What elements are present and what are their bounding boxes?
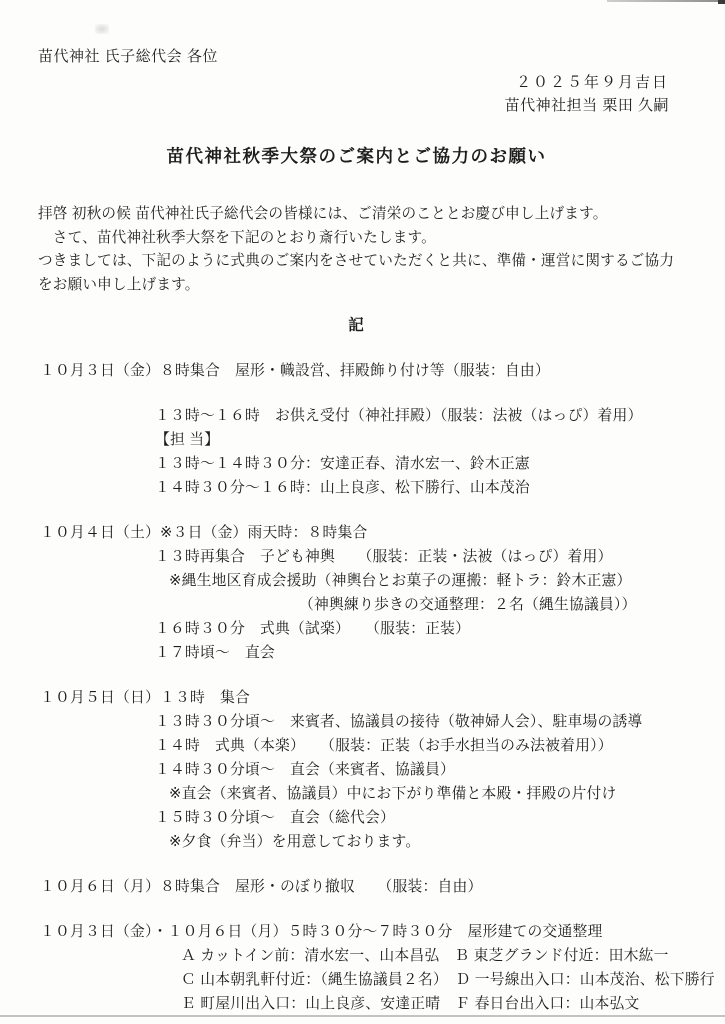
schedule-line: １０月３日（金）８時集合 屋形・幟設営、拝殿飾り付け等（服装：自由） — [38, 359, 675, 383]
document-title: 苗代神社秋季大祭のご案内とご協力のお願い — [38, 143, 675, 169]
scanned-document-page: 苗代神社 氏子総代会 各位 ２０２５年９月吉日 苗代神社担当 栗田 久嗣 苗代神… — [0, 0, 725, 1024]
schedule-line: １３時３０分頃～ 来賓者、協議員の接待（敬神婦人会）、駐車場の誘導 — [38, 710, 675, 734]
schedule-line: Ｅ 町屋川出入口：山上良彦、安達正晴 Ｆ 春日台出入口：山本弘文 — [38, 992, 675, 1016]
schedule-line: １４時３０分頃～ 直会（来賓者、協議員） — [38, 758, 675, 782]
scan-artifact-top-edge — [607, 0, 725, 2]
schedule-line: １３時再集合 子ども神輿 （服装：正装・法被（はっぴ）着用） — [38, 545, 675, 569]
date-line: ２０２５年９月吉日 — [38, 71, 669, 94]
record-marker: 記 — [38, 314, 675, 338]
greeting-line: さて、苗代神社秋季大祭を下記のとおり斎行いたします。 — [38, 227, 675, 251]
greeting-line: つきましては、下記のように式典のご案内をさせていただくと共に、準備・運営に関する… — [38, 250, 675, 274]
schedule-line: Ｃ 山本朝乳軒付近：（縄生協議員２名） Ｄ 一号線出入口：山本茂治、松下勝行 — [38, 968, 675, 992]
schedule-line: ※縄生地区育成会援助（神輿台とお菓子の運搬：軽トラ：鈴木正憲） — [38, 569, 675, 593]
schedule-line: １０月５日（日）１３時 集合 — [38, 686, 675, 710]
date-sender-block: ２０２５年９月吉日 苗代神社担当 栗田 久嗣 — [38, 71, 675, 117]
sender-line: 苗代神社担当 栗田 久嗣 — [38, 94, 669, 117]
schedule-line: １７時頃～ 直会 — [38, 641, 675, 665]
schedule-line: １６時３０分 式典（試楽） （服装：正装） — [38, 617, 675, 641]
greeting-paragraph: 拝啓 初秋の候 苗代神社氏子総代会の皆様には、ご清栄のこととお慶び申し上げます。… — [38, 203, 675, 297]
schedule-line: 【担 当】 — [38, 428, 675, 452]
schedule-line: １４時３０分～１６時：山上良彦、松下勝行、山本茂治 — [38, 476, 675, 500]
schedule-section: １０月３日（金）８時集合 屋形・幟設営、拝殿飾り付け等（服装：自由） １３時～１… — [38, 359, 675, 1016]
schedule-line: １０月４日（土）※３日（金）雨天時：８時集合 — [38, 521, 675, 545]
schedule-line: １３時～１４時３０分：安達正春、清水宏一、鈴木正憲 — [38, 452, 675, 476]
schedule-line: Ａ カットイン前：清水宏一、山本昌弘 Ｂ 東芝グランド付近：田木紘一 — [38, 944, 675, 968]
schedule-line: ※直会（来賓者、協議員）中にお下がり準備と本殿・拝殿の片付け — [38, 782, 675, 806]
scan-artifact-smudge — [95, 24, 109, 34]
schedule-line: １５時３０分頃～ 直会（総代会） — [38, 806, 675, 830]
scan-artifact-bottom-edge — [0, 1015, 725, 1017]
schedule-line: （神輿練り歩きの交通整理：２名（縄生協議員）） — [38, 593, 675, 617]
schedule-line: １３時～１６時 お供え受付（神社拝殿）（服装：法被（はっぴ）着用） — [38, 404, 675, 428]
greeting-line: 拝啓 初秋の候 苗代神社氏子総代会の皆様には、ご清栄のこととお慶び申し上げます。 — [38, 203, 675, 227]
recipient-line: 苗代神社 氏子総代会 各位 — [38, 46, 675, 68]
scan-artifact-corner-mark — [718, 0, 725, 4]
greeting-line: をお願い申し上げます。 — [38, 274, 675, 298]
schedule-line: ※夕食（弁当）を用意しております。 — [38, 830, 675, 854]
schedule-line: １４時 式典（本楽） （服装：正装（お手水担当のみ法被着用）） — [38, 734, 675, 758]
schedule-line: １０月６日（月）８時集合 屋形・のぼり撤収 （服装：自由） — [38, 875, 675, 899]
schedule-line: １０月３日（金）・１０月６日（月）５時３０分～７時３０分 屋形建ての交通整理 — [38, 920, 675, 944]
